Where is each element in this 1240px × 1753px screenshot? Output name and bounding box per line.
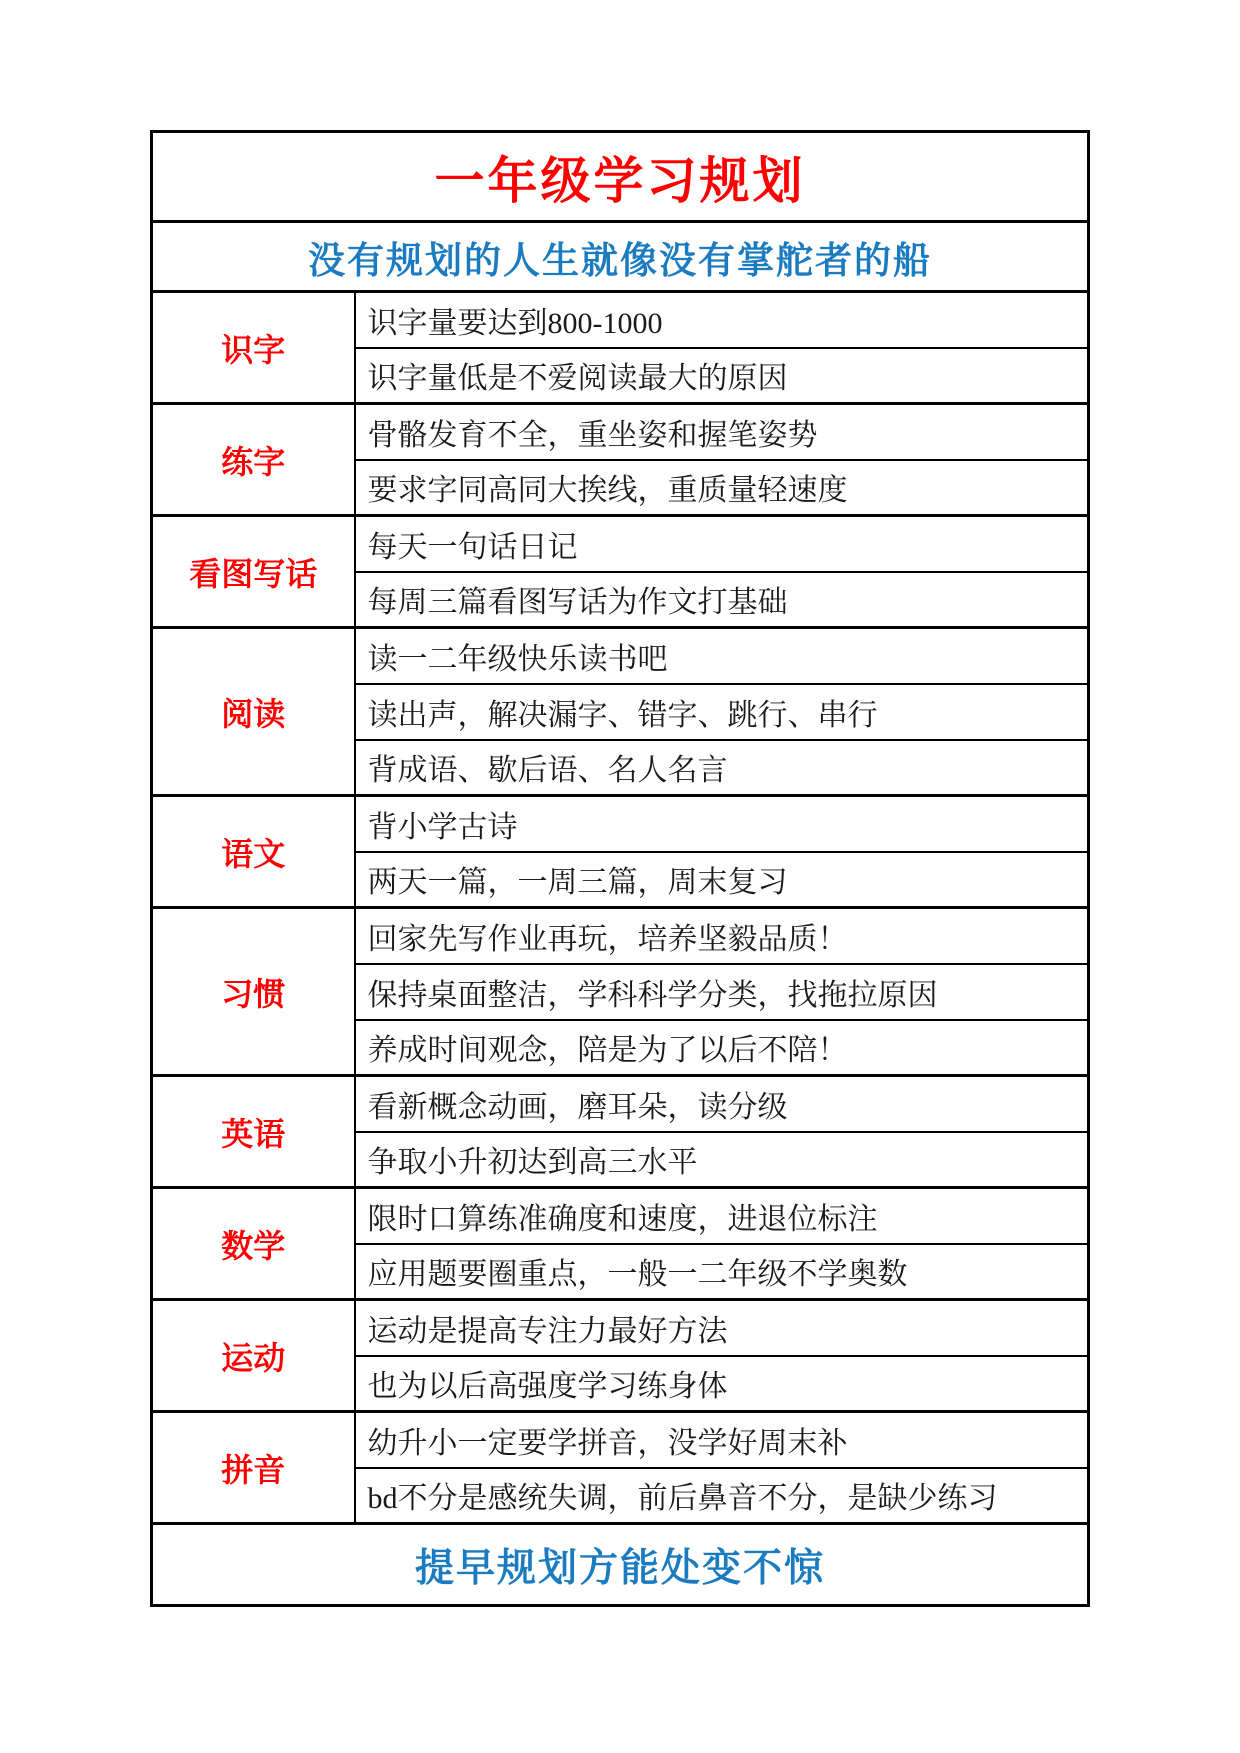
section-row: 拼音幼升小一定要学拼音，没学好周末补 [152,1412,1089,1468]
item-cell: 要求字同高同大挨线，重质量轻速度 [355,460,1089,516]
item-cell: 争取小升初达到高三水平 [355,1132,1089,1188]
item-cell: 也为以后高强度学习练身体 [355,1356,1089,1412]
item-cell: 识字量低是不爱阅读最大的原因 [355,348,1089,404]
section-row: 运动运动是提高专注力最好方法 [152,1300,1089,1356]
section-row: 阅读读一二年级快乐读书吧 [152,628,1089,684]
item-cell: 每天一句话日记 [355,516,1089,572]
item-cell: bd不分是感统失调，前后鼻音不分，是缺少练习 [355,1468,1089,1524]
section-row: 数学限时口算练准确度和速度，进退位标注 [152,1188,1089,1244]
subtitle-row: 没有规划的人生就像没有掌舵者的船 [152,222,1089,292]
page-footer: 提早规划方能处变不惊 [152,1524,1089,1606]
item-cell: 两天一篇，一周三篇，周末复习 [355,852,1089,908]
study-plan-table: 一年级学习规划 没有规划的人生就像没有掌舵者的船 识字识字量要达到800-100… [150,130,1090,1607]
category-cell: 习惯 [152,908,355,1076]
category-cell: 数学 [152,1188,355,1300]
item-cell: 读一二年级快乐读书吧 [355,628,1089,684]
item-cell: 看新概念动画，磨耳朵，读分级 [355,1076,1089,1132]
category-cell: 阅读 [152,628,355,796]
study-plan-page: 一年级学习规划 没有规划的人生就像没有掌舵者的船 识字识字量要达到800-100… [0,0,1240,1753]
footer-row: 提早规划方能处变不惊 [152,1524,1089,1606]
item-cell: 骨骼发育不全，重坐姿和握笔姿势 [355,404,1089,460]
category-cell: 英语 [152,1076,355,1188]
category-cell: 语文 [152,796,355,908]
section-row: 英语看新概念动画，磨耳朵，读分级 [152,1076,1089,1132]
item-cell: 背成语、歇后语、名人名言 [355,740,1089,796]
section-row: 语文背小学古诗 [152,796,1089,852]
item-cell: 幼升小一定要学拼音，没学好周末补 [355,1412,1089,1468]
item-cell: 保持桌面整洁，学科科学分类，找拖拉原因 [355,964,1089,1020]
title-row: 一年级学习规划 [152,132,1089,222]
item-cell: 读出声，解决漏字、错字、跳行、串行 [355,684,1089,740]
section-row: 习惯回家先写作业再玩，培养坚毅品质！ [152,908,1089,964]
section-row: 练字骨骼发育不全，重坐姿和握笔姿势 [152,404,1089,460]
category-cell: 识字 [152,292,355,404]
item-cell: 运动是提高专注力最好方法 [355,1300,1089,1356]
category-cell: 练字 [152,404,355,516]
section-row: 看图写话每天一句话日记 [152,516,1089,572]
item-cell: 识字量要达到800-1000 [355,292,1089,348]
item-cell: 回家先写作业再玩，培养坚毅品质！ [355,908,1089,964]
page-title: 一年级学习规划 [152,132,1089,222]
section-row: 识字识字量要达到800-1000 [152,292,1089,348]
item-cell: 限时口算练准确度和速度，进退位标注 [355,1188,1089,1244]
category-cell: 拼音 [152,1412,355,1524]
item-cell: 养成时间观念，陪是为了以后不陪！ [355,1020,1089,1076]
page-subtitle: 没有规划的人生就像没有掌舵者的船 [152,222,1089,292]
item-cell: 每周三篇看图写话为作文打基础 [355,572,1089,628]
category-cell: 运动 [152,1300,355,1412]
category-cell: 看图写话 [152,516,355,628]
item-cell: 应用题要圈重点，一般一二年级不学奥数 [355,1244,1089,1300]
item-cell: 背小学古诗 [355,796,1089,852]
